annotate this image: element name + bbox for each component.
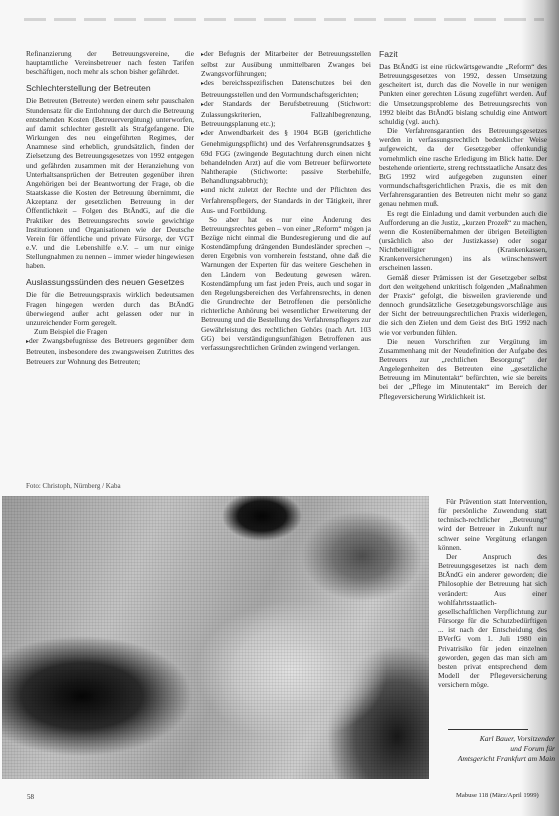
paragraph: Für Prävention statt Intervention, für p… — [438, 497, 547, 552]
paragraph: So aber hat es nur eine Änderung des Bet… — [201, 215, 371, 352]
header-rule — [24, 18, 544, 21]
column-2: der Befugnis der Mitarbeiter der Betreuu… — [201, 49, 371, 352]
author-name: Karl Bauer, Vorsitzender — [430, 734, 555, 744]
magazine-page: Refinanzierung der Betreuungsvereine, di… — [0, 0, 559, 816]
paragraph: Es regt die Einladung und damit verbunde… — [379, 209, 547, 273]
heading-auslassungssuenden: Auslassungssünden des neuen Gesetzes — [26, 277, 194, 287]
paragraph: Gemäß dieser Prämissen ist der Gesetzgeb… — [379, 273, 547, 337]
paragraph: Die neuen Vorschriften zur Vergütung im … — [379, 337, 547, 401]
column-1: Refinanzierung der Betreuungsvereine, di… — [26, 49, 194, 366]
bullet-item: der Standards der Berufsbetreuung (Stich… — [201, 99, 371, 128]
bullet-item: der Befugnis der Mitarbeiter der Betreuu… — [201, 49, 371, 78]
column-3: Fazit Das BtÄndG ist eine rückwärtsgewan… — [379, 49, 547, 401]
author-affiliation: Amtsgericht Frankfurt am Main — [430, 754, 555, 764]
bullet-item: des bereichsspezifischen Datenschutzes b… — [201, 78, 371, 98]
page-number: 58 — [27, 793, 34, 801]
photo-elderly-person — [2, 496, 429, 779]
author-rule — [448, 729, 528, 730]
intro-paragraph: Refinanzierung der Betreuungsvereine, di… — [26, 49, 194, 76]
paragraph: Die für die Betreuungspraxis wirklich be… — [26, 290, 194, 327]
heading-fazit: Fazit — [379, 49, 547, 59]
issue-footer: Mabuse 118 (März/April 1999) — [456, 792, 539, 799]
column-3-continued: Für Prävention statt Intervention, für p… — [438, 497, 547, 689]
paragraph: Das BtÄndG ist eine rückwärtsgewandte „R… — [379, 62, 547, 126]
author-block: Karl Bauer, Vorsitzender und Forum für A… — [430, 734, 555, 764]
paragraph: Der Anspruch des Betreuungsgesetzes ist … — [438, 552, 547, 689]
paragraph: Zum Beispiel die Fragen — [26, 327, 194, 336]
photo-caption: Foto: Christoph, Nürnberg / Kaba — [26, 482, 121, 490]
author-role: und Forum für — [430, 744, 555, 754]
paragraph: Die Betreuten (Betreute) werden einem se… — [26, 96, 194, 270]
bullet-item: der Zwangsbefugnisse des Betreuers gegen… — [26, 336, 194, 365]
paragraph: Die Verfahrensgarantien des Betreuungsge… — [379, 126, 547, 208]
bullet-item: der Anwendbarkeit des § 1904 BGB (gerich… — [201, 128, 371, 185]
bullet-item: und nicht zuletzt der Rechte und der Pfl… — [201, 185, 371, 214]
heading-schlechterstellung: Schlechterstellung der Betreuten — [26, 83, 194, 93]
